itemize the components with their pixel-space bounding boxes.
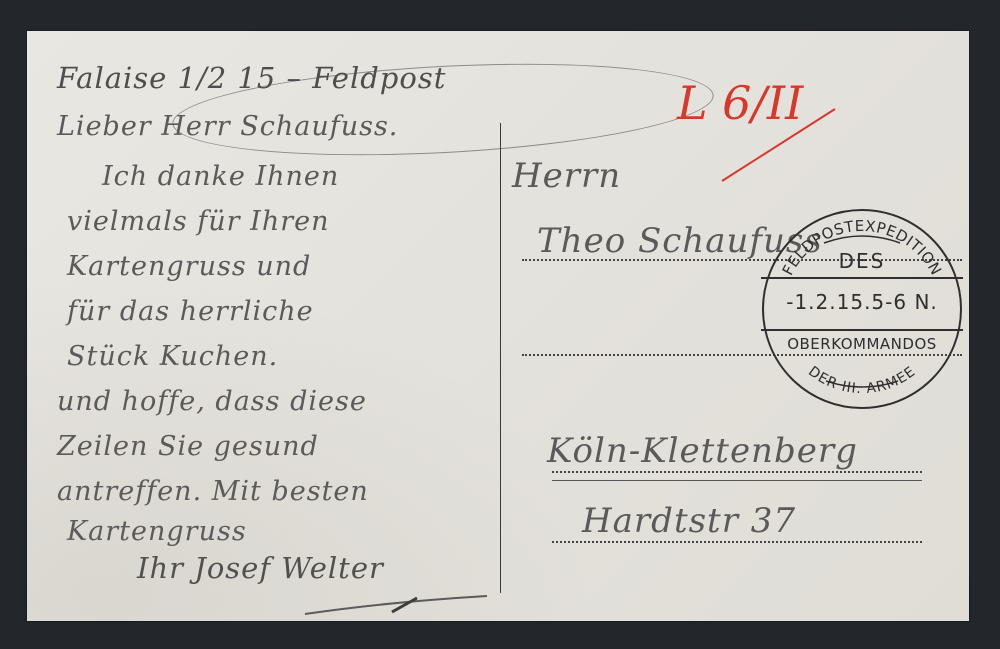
message-signature: Ihr Josef Welter <box>137 551 384 585</box>
svg-text:DER III. ARMEE: DER III. ARMEE <box>805 363 919 397</box>
message-line: antreffen. Mit besten <box>57 476 369 507</box>
red-underline <box>717 101 847 191</box>
message-line: Ich danke Ihnen <box>102 161 339 192</box>
postmark-date: -1.2.15.5-6 N. <box>764 290 960 314</box>
message-line: für das herrliche <box>67 296 314 327</box>
message-line: Zeilen Sie gesund <box>57 431 319 462</box>
address-street: Hardtstr 37 <box>582 501 796 541</box>
message-line: vielmals für Ihren <box>67 206 329 237</box>
message-line: Stück Kuchen. <box>67 341 278 372</box>
postcard: Falaise 1/2 15 – Feldpost Lieber Herr Sc… <box>27 31 969 621</box>
field-post-postmark: FELDPOSTEXPEDITION DER III. ARMEE DES -1… <box>762 209 962 409</box>
signature-flourish <box>297 586 497 626</box>
message-line: Kartengruss <box>67 516 247 547</box>
postmark-oberkommandos: OBERKOMMANDOS <box>764 335 960 353</box>
message-line: Kartengruss und <box>67 251 311 282</box>
postmark-des: DES <box>764 249 960 273</box>
address-line-4 <box>552 541 922 543</box>
address-line-3 <box>552 471 922 473</box>
card-divider-line <box>500 123 501 593</box>
message-header: Falaise 1/2 15 – Feldpost <box>57 61 446 95</box>
address-salutation: Herrn <box>512 156 621 196</box>
address-underline <box>552 480 922 481</box>
address-city: Köln-Klettenberg <box>547 431 858 471</box>
message-line: Lieber Herr Schaufuss. <box>57 111 398 142</box>
message-line: und hoffe, dass diese <box>57 386 367 417</box>
